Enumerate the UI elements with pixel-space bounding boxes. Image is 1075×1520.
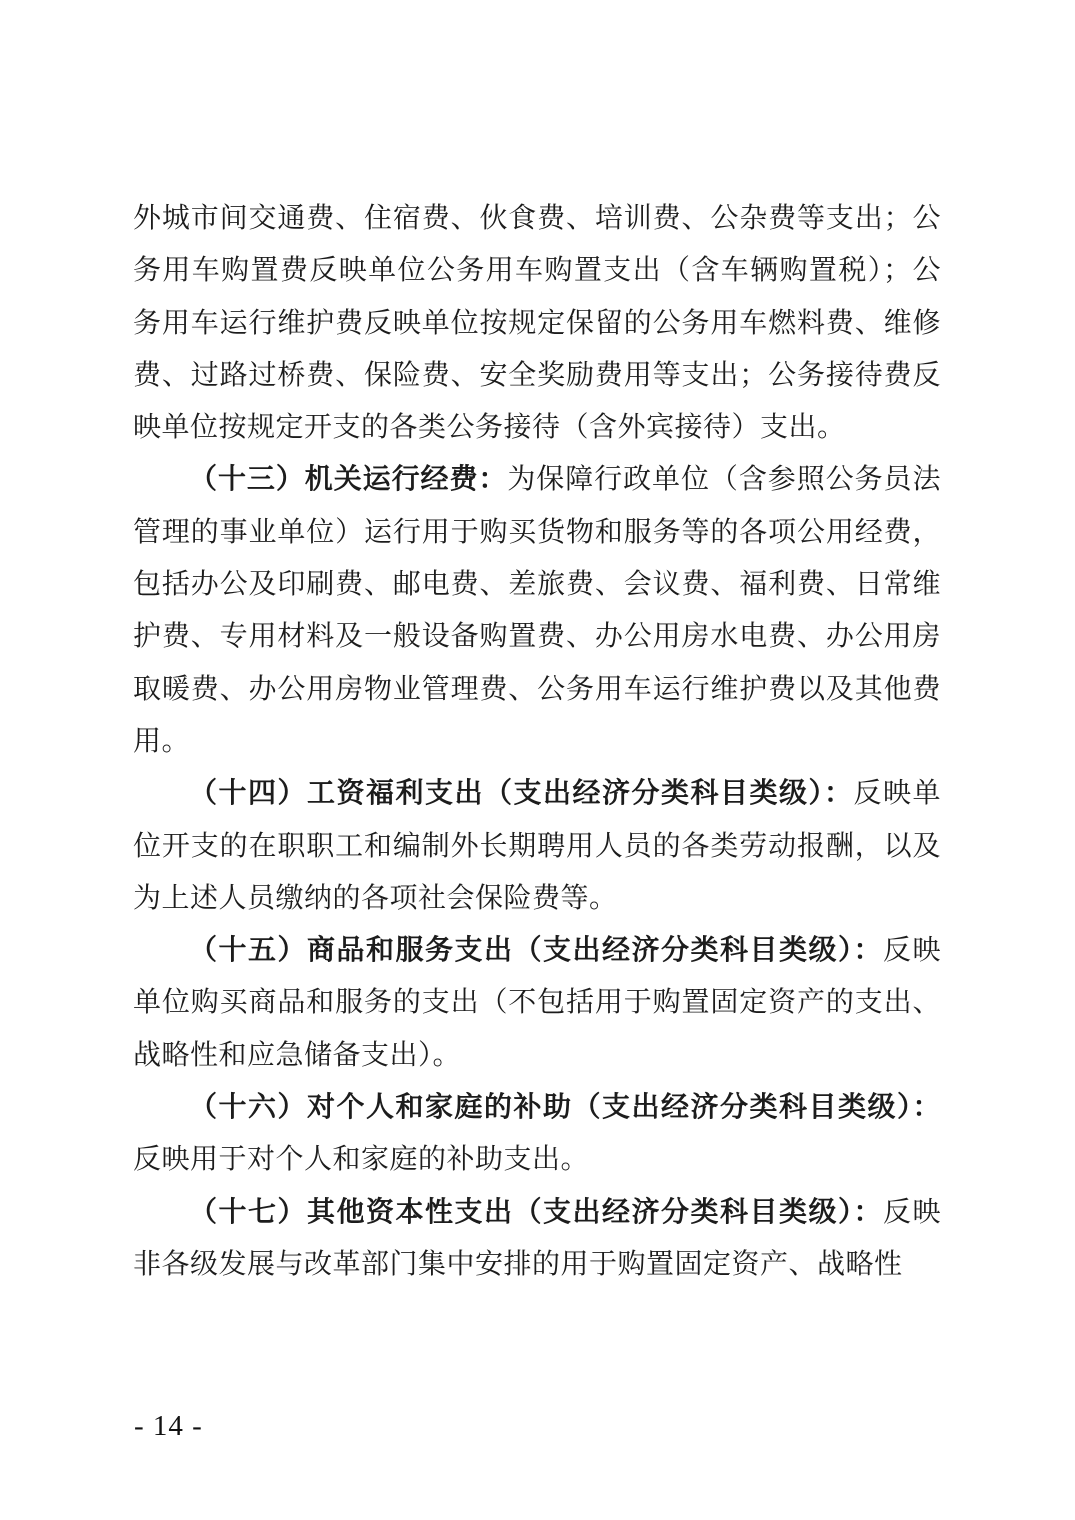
document-page: 外城市间交通费、住宿费、伙食费、培训费、公杂费等支出；公务用车购置费反映单位公务…: [0, 0, 1075, 1520]
page-number: - 14 -: [134, 1406, 203, 1446]
paragraph: （十六）对个人和家庭的补助（支出经济分类科目类级）：反映用于对个人和家庭的补助支…: [133, 1082, 941, 1187]
document-body: 外城市间交通费、住宿费、伙食费、培训费、公杂费等支出；公务用车购置费反映单位公务…: [133, 193, 941, 1291]
paragraph-lead: （十五）商品和服务支出（支出经济分类科目类级）：: [189, 935, 883, 966]
paragraph-lead: （十七）其他资本性支出（支出经济分类科目类级）：: [189, 1197, 883, 1228]
paragraph: （十四）工资福利支出（支出经济分类科目类级）：反映单位开支的在职职工和编制外长期…: [133, 768, 941, 925]
paragraph: （十七）其他资本性支出（支出经济分类科目类级）：反映非各级发展与改革部门集中安排…: [133, 1187, 941, 1292]
paragraph-text: 反映用于对个人和家庭的补助支出。: [133, 1144, 589, 1175]
paragraph-text: 为保障行政单位（含参照公务员法管理的事业单位）运行用于购买货物和服务等的各项公用…: [133, 464, 941, 756]
paragraph-text: 外城市间交通费、住宿费、伙食费、培训费、公杂费等支出；公务用车购置费反映单位公务…: [133, 203, 941, 443]
paragraph: （十三）机关运行经费：为保障行政单位（含参照公务员法管理的事业单位）运行用于购买…: [133, 454, 941, 768]
paragraph-lead: （十六）对个人和家庭的补助（支出经济分类科目类级）：: [189, 1092, 941, 1123]
paragraph-lead: （十三）机关运行经费：: [189, 464, 507, 495]
paragraph: （十五）商品和服务支出（支出经济分类科目类级）：反映单位购买商品和服务的支出（不…: [133, 925, 941, 1082]
paragraph-lead: （十四）工资福利支出（支出经济分类科目类级）：: [189, 778, 853, 809]
paragraph: 外城市间交通费、住宿费、伙食费、培训费、公杂费等支出；公务用车购置费反映单位公务…: [133, 193, 941, 454]
